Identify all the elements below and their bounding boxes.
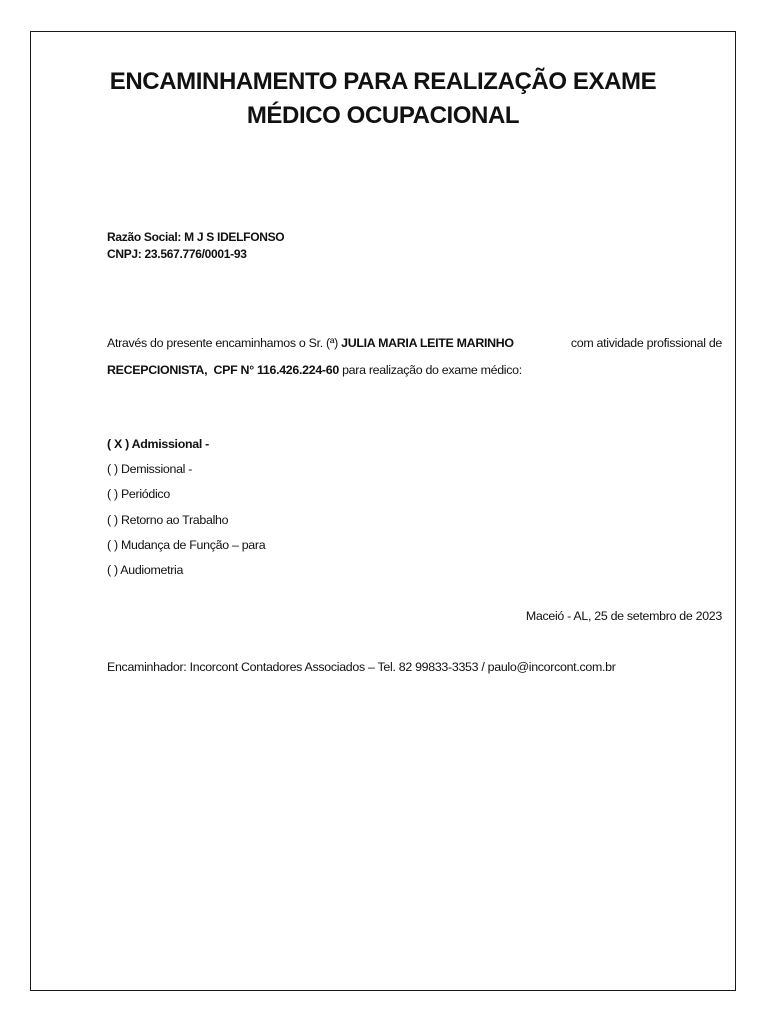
cnpj: CNPJ: 23.567.776/0001-93 — [107, 246, 284, 263]
exam-type-checklist: ( X ) Admissional - ( ) Demissional - ( … — [107, 432, 265, 583]
option-label: Admissional - — [132, 437, 209, 451]
option-label: Retorno ao Trabalho — [121, 513, 228, 527]
exam-option-demissional: ( ) Demissional - — [107, 457, 265, 482]
place-date: Maceió - AL, 25 de setembro de 2023 — [526, 609, 722, 623]
checkbox-mark: ( ) — [107, 487, 118, 501]
employee-name: JULIA MARIA LEITE MARINHO — [341, 336, 514, 350]
referral-line-2: RECEPCIONISTA, CPF N° 116.426.224-60 par… — [107, 357, 722, 384]
referral-paragraph: Através do presente encaminhamos o Sr. (… — [107, 330, 722, 384]
title-line-2: MÉDICO OCUPACIONAL — [60, 99, 706, 133]
employee-cpf: CPF N° 116.426.224-60 — [214, 363, 339, 377]
option-label: Periódico — [121, 487, 170, 501]
exam-option-audiometria: ( ) Audiometria — [107, 558, 265, 583]
activity-text: com atividade profissional de — [571, 330, 722, 357]
option-label: Mudança de Função – para — [121, 538, 265, 552]
referral-line-1: Através do presente encaminhamos o Sr. (… — [107, 330, 722, 357]
checkbox-mark: ( ) — [107, 563, 118, 577]
company-info: Razão Social: M J S IDELFONSO CNPJ: 23.5… — [107, 229, 284, 263]
option-label: Audiometria — [120, 563, 183, 577]
exam-option-periodico: ( ) Periódico — [107, 482, 265, 507]
referral-intro: Através do presente encaminhamos o Sr. (… — [107, 330, 514, 357]
exam-option-retorno: ( ) Retorno ao Trabalho — [107, 508, 265, 533]
forwarder-info: Encaminhador: Incorcont Contadores Assoc… — [107, 660, 616, 674]
exam-option-mudanca-funcao: ( ) Mudança de Função – para — [107, 533, 265, 558]
checkbox-mark: ( ) — [107, 513, 118, 527]
razao-social: Razão Social: M J S IDELFONSO — [107, 229, 284, 246]
option-label: Demissional - — [121, 462, 192, 476]
document-title: ENCAMINHAMENTO PARA REALIZAÇÃO EXAME MÉD… — [60, 65, 706, 133]
title-line-1: ENCAMINHAMENTO PARA REALIZAÇÃO EXAME — [60, 65, 706, 99]
employee-role: RECEPCIONISTA, — [107, 363, 207, 377]
checkbox-mark: ( ) — [107, 538, 118, 552]
referral-closing: para realização do exame médico: — [342, 363, 522, 377]
checkbox-mark: ( ) — [107, 462, 118, 476]
exam-option-admissional: ( X ) Admissional - — [107, 432, 265, 457]
checkbox-mark: ( X ) — [107, 437, 129, 451]
